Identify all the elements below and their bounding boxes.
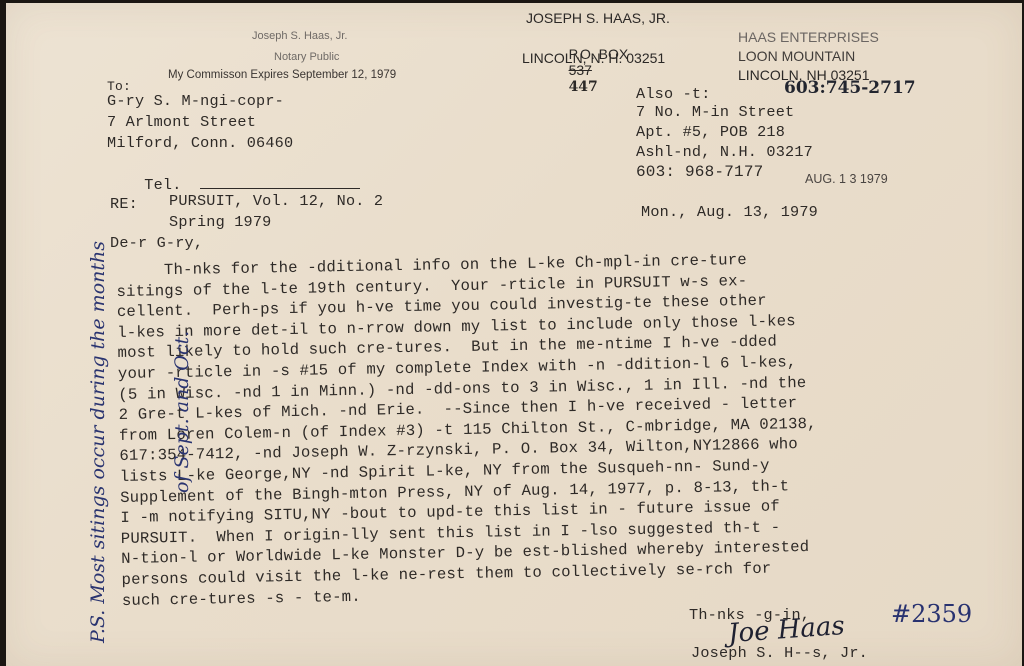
- letterhead-name: JOSEPH S. HAAS, JR.: [526, 10, 670, 26]
- letter-date: Mon., Aug. 13, 1979: [641, 202, 818, 223]
- handwritten-phone: 603:745-2717: [784, 78, 916, 98]
- notary-title: Notary Public: [274, 51, 339, 63]
- letter-page: Joseph S. Haas, Jr. Notary Public My Com…: [6, 3, 1022, 666]
- alt-street: 7 No. M-in Street: [636, 102, 794, 123]
- typed-name: Joseph S. H--s, Jr.: [691, 643, 868, 664]
- letterhead-po-box: P.O. BOX 537 447: [553, 30, 628, 111]
- company-location: LOON MOUNTAIN: [738, 48, 855, 64]
- subject-line-2: Spring 1979: [169, 212, 271, 233]
- postscript-line-2: of Sept. and Oct.: [168, 241, 196, 643]
- received-date-stamp: AUG. 1 3 1979: [805, 172, 888, 186]
- alt-phone: 603: 968-7177: [636, 162, 763, 183]
- file-number: #2359: [891, 600, 972, 628]
- alt-apt: Apt. #5, POB 218: [636, 122, 785, 143]
- company-name: HAAS ENTERPRISES: [738, 29, 879, 45]
- recipient-city: Milford, Conn. 06460: [107, 133, 293, 154]
- notary-commission: My Commisson Expires September 12, 1979: [168, 69, 396, 81]
- recipient-street: 7 Arlmont Street: [107, 112, 256, 133]
- postscript-line-1: P.S. Most sitings occur during the month…: [84, 241, 112, 643]
- tel-blank: [200, 176, 360, 189]
- notary-name: Joseph S. Haas, Jr.: [252, 30, 347, 42]
- postscript: P.S. Most sitings occur during the month…: [28, 241, 252, 643]
- recipient-name: G-ry S. M-ngi-copr-: [107, 91, 284, 112]
- po-box-handwritten: 447: [569, 79, 598, 95]
- subject-line-1: PURSUIT, Vol. 12, No. 2: [169, 191, 383, 212]
- alt-city: Ashl-nd, N.H. 03217: [636, 142, 813, 163]
- subject-label: RE:: [110, 194, 138, 215]
- letterhead-city: LINCOLN, N. H. 03251: [522, 50, 665, 66]
